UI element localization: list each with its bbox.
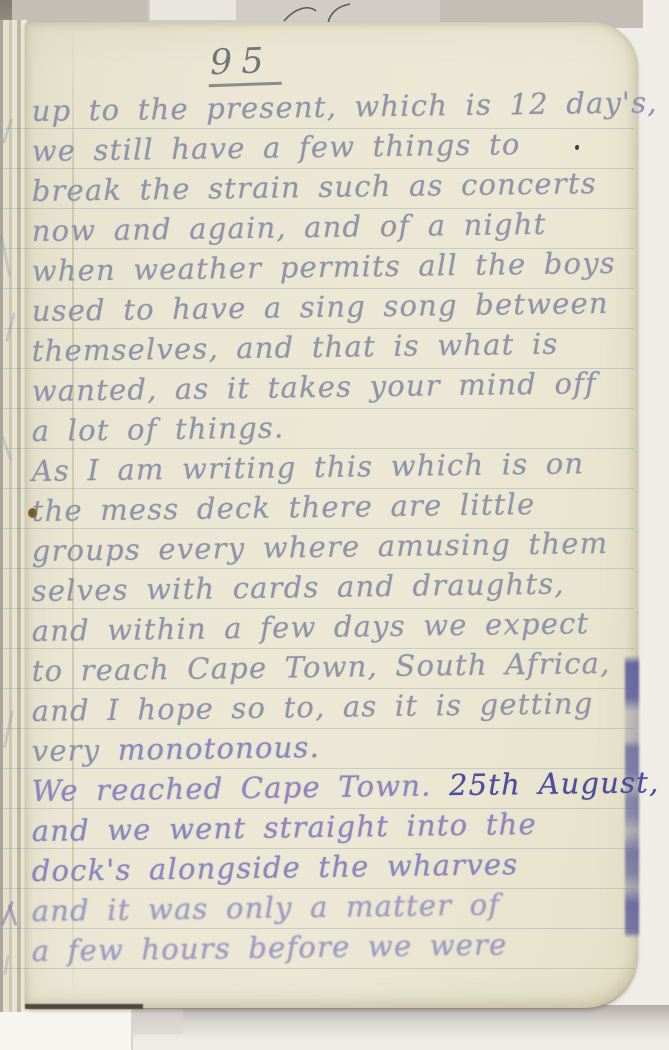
handwriting-segment: themselves, and that is what is [31, 327, 558, 368]
handwriting-segment: now and again, and of a night [31, 207, 546, 248]
ink-spot [28, 508, 37, 518]
handwriting-segment: monotonous. [117, 730, 320, 767]
page-number-text: 95 [207, 41, 281, 88]
handwriting-segment: and I hope so to, as it is getting [31, 686, 593, 728]
handwriting-line: and we went straight into the [31, 804, 537, 851]
handwriting-segment: very [31, 733, 117, 768]
handwriting-segment: up to the present, which is 12 day's, [31, 85, 657, 128]
handwriting-line: a lot of things. [31, 407, 284, 451]
handwriting-line: dock's alongside the wharves [31, 844, 518, 891]
handwriting-segment: a few hours before we were [31, 927, 507, 968]
handwriting-line: a few hours before we were [31, 924, 507, 971]
handwriting-segment: when weather permits all the boys [31, 246, 616, 288]
handwriting-segment: wanted, as it takes your mind off [31, 366, 597, 408]
handwriting-line: up to the present, which is 12 day's, [31, 82, 658, 131]
handwriting-line: the mess deck there are little [31, 484, 535, 531]
handwriting-segment: As I am writing this which is on [31, 446, 584, 488]
handwriting-segment: and within a few days we expect [31, 606, 589, 648]
ink-speck [575, 145, 579, 150]
handwriting-line: very monotonous. [31, 727, 320, 771]
handwriting-segment: groups every where amusing them [31, 526, 608, 568]
handwriting-segment: a lot of things. [31, 410, 284, 448]
handwriting-segment: break the strain such as concerts [31, 166, 597, 208]
handwriting-line: we still have a few things to [31, 124, 520, 171]
page-number: 95 [207, 41, 281, 88]
handwriting-line: wanted, as it takes your mind off [31, 363, 597, 411]
handwriting-segment: we still have a few things to [31, 127, 520, 168]
ink-smudge [625, 655, 639, 938]
handwriting-segment: and it was only a matter of [31, 887, 500, 928]
handwriting-segment: the mess deck there are little [31, 487, 535, 528]
handwriting-line: and I hope so to, as it is getting [31, 683, 593, 731]
handwriting-segment: used to have a sing song between [31, 286, 609, 328]
handwriting-segment: to reach Cape Town, South Africa, [31, 646, 610, 688]
handwriting-line: We reached Cape Town. 25th August, [31, 762, 659, 811]
handwriting-lines: up to the present, which is 12 day's,we … [0, 0, 669, 1050]
handwriting-segment: We reached Cape Town. [31, 768, 449, 808]
handwriting-segment: dock's alongside the wharves [31, 847, 518, 888]
handwriting-segment: and we went straight into the [31, 807, 537, 848]
handwriting-segment: selves with cards and draughts, [31, 567, 564, 608]
handwriting-line: and it was only a matter of [31, 884, 500, 931]
